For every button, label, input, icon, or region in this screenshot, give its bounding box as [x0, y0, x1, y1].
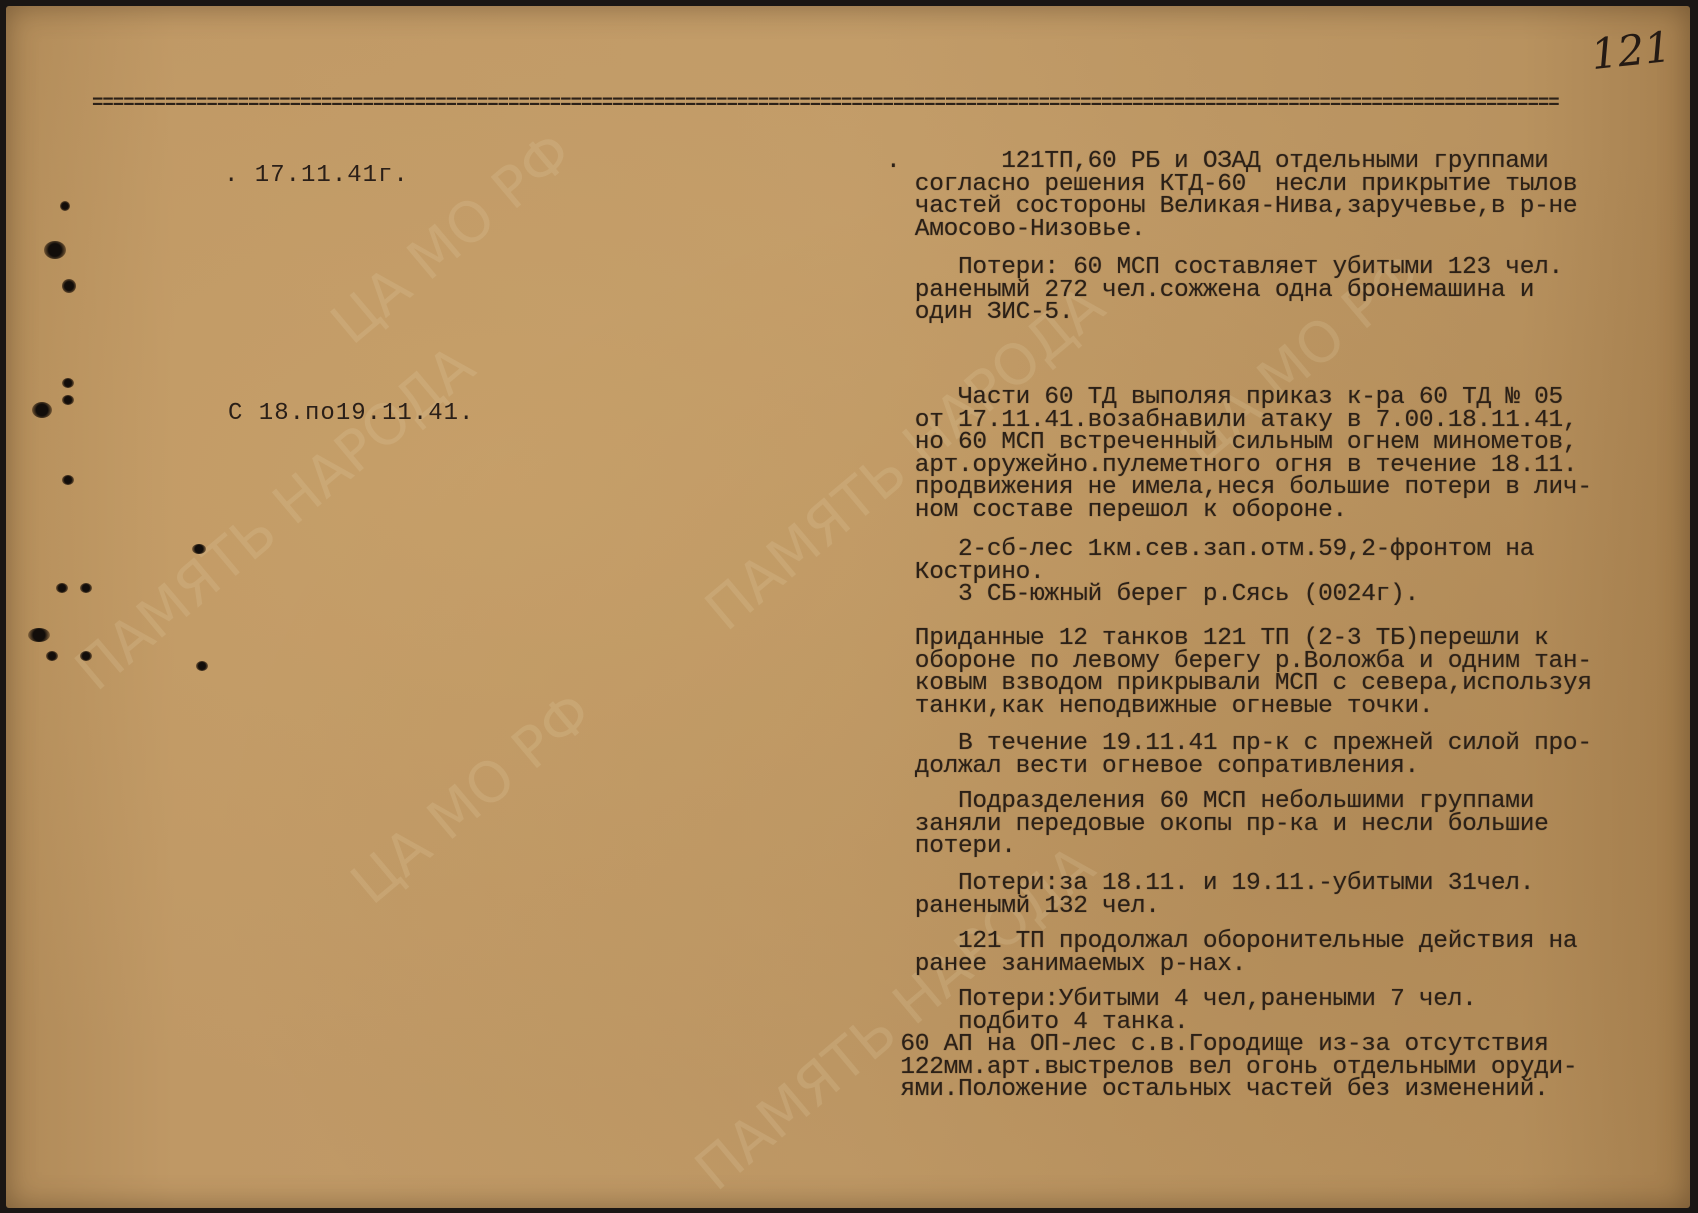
entry-paragraph: Потери:за 18.11. и 19.11.-убитыми 31чел.…	[886, 873, 1534, 918]
watermark: ЦА МО РФ	[319, 120, 584, 357]
entry-paragraph: Потери:Убитыми 4 чел,ранеными 7 чел. под…	[886, 989, 1577, 1102]
entry-paragraph: . 121ТП,60 РБ и ОЗАД отдельными группами…	[886, 151, 1577, 241]
document-page: ЦА МО РФ ПАМЯТЬ НАРОДА ЦА МО РФ ПАМЯТЬ Н…	[6, 6, 1690, 1208]
binding-hole	[80, 583, 92, 593]
page-number: 121	[1589, 22, 1674, 79]
entry-paragraph: Подразделения 60 МСП небольшими группами…	[886, 791, 1549, 859]
binding-hole	[32, 402, 52, 418]
binding-hole	[56, 583, 68, 593]
entry-paragraph: Части 60 ТД выполяя приказ к-ра 60 ТД № …	[886, 387, 1592, 522]
binding-hole	[60, 201, 70, 211]
binding-hole	[62, 378, 74, 388]
entry-paragraph: Потери: 60 МСП составляет убитыми 123 че…	[886, 257, 1563, 325]
entry-date: С 18.по19.11.41.	[228, 400, 474, 427]
binding-hole	[44, 241, 66, 259]
entry-paragraph: 121 ТП продолжал оборонительные действия…	[886, 931, 1577, 976]
entry-paragraph: Приданные 12 танков 121 ТП (2-3 ТБ)переш…	[886, 628, 1592, 718]
binding-hole	[196, 661, 208, 671]
binding-hole	[28, 628, 50, 642]
watermark: ЦА МО РФ	[339, 680, 604, 917]
entry-paragraph: В течение 19.11.41 пр-к с прежней силой …	[886, 733, 1592, 778]
binding-hole	[62, 279, 76, 293]
binding-hole	[80, 651, 92, 661]
binding-hole	[46, 651, 58, 661]
separator-line: ========================================…	[92, 96, 1690, 110]
entry-date: . 17.11.41г.	[224, 162, 409, 189]
binding-hole	[62, 475, 74, 485]
binding-hole	[192, 544, 206, 554]
binding-hole	[62, 395, 74, 405]
watermark: ПАМЯТЬ НАРОДА	[63, 333, 487, 703]
entry-paragraph: 2-сб-лес 1км.сев.зап.отм.59,2-фронтом на…	[886, 539, 1534, 607]
